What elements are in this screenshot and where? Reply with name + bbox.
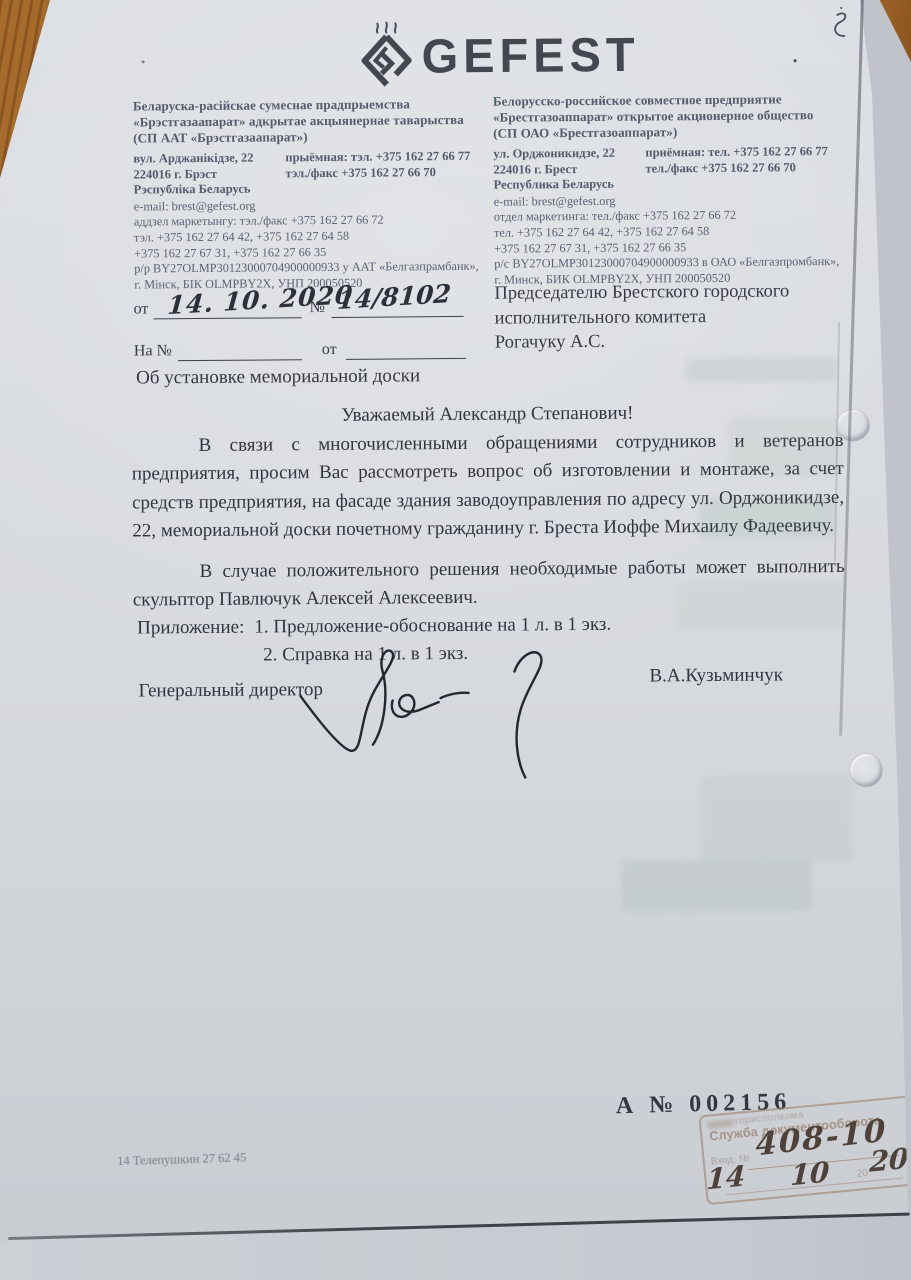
paper-speck [794, 59, 797, 62]
reply-number-line [178, 331, 302, 361]
attachment-line-1: Приложение:1. Предложение-обоснование на… [137, 614, 611, 640]
show-through-mark [701, 775, 852, 862]
stamp-handwritten-day: 14 [706, 1159, 746, 1196]
country: Республика Беларусь [494, 175, 846, 193]
attachment-label: Приложение: [137, 617, 244, 639]
addressee-block: Председателю Брестского городского испол… [494, 279, 789, 355]
bank-account: р/р BY27OLMP30123000704900000933 у ААТ «… [134, 259, 486, 277]
letter-content: GEFEST Беларуска-расійскае сумеснае прад… [0, 0, 911, 1280]
fax-phone: тел./факс +375 162 27 66 70 [645, 160, 796, 177]
show-through-mark [686, 357, 836, 382]
letter-page: GEFEST Беларуска-расійскае сумеснае прад… [0, 0, 911, 1280]
street-address: ул. Орджоникидзе, 22 [493, 145, 645, 162]
stamp-year-prefix: 20 [856, 1168, 868, 1180]
photographed-letter: { "brand": {"name": "GEFEST"}, "header":… [0, 0, 911, 1280]
org-line: (СП ОАО «Брестгазоаппарат») [493, 123, 845, 142]
stamp-handwritten-year: 20 [869, 1142, 909, 1179]
brand-name: GEFEST [421, 26, 639, 84]
signer-name: В.А.Кузьминчук [649, 664, 783, 687]
subject-line: Об установке мемориальной доски [136, 365, 420, 389]
postal-city: 224016 г. Брест [493, 161, 645, 178]
addressee-line: Председателю Брестского городского [494, 279, 789, 306]
show-through-mark [678, 581, 843, 630]
reply-from-label: от [322, 341, 337, 359]
pen-squiggle-mark [811, 5, 857, 51]
date-label: от [133, 300, 148, 318]
hole-punch-mark [850, 754, 882, 787]
addressee-line: исполнительного комитета [495, 304, 790, 331]
reply-label: На № [134, 342, 172, 360]
number-label: № [309, 299, 324, 317]
org-line: «Брестгазоаппарат» открытое акционерное … [493, 107, 845, 126]
stamp-handwritten-month: 10 [790, 1155, 830, 1192]
outgoing-ref-row: от 14. 10. 2020 № 14/8102 [133, 288, 483, 333]
company-header-belarusian: Беларуска-расійскае сумеснае прадпрыемст… [133, 96, 487, 293]
attachment-item: 1. Предложение-обоснование на 1 л. в 1 э… [254, 614, 611, 638]
reception-phone: прыёмная: тэл. +375 162 27 66 77 [285, 149, 470, 166]
reference-block: от 14. 10. 2020 № 14/8102 На № от [133, 288, 484, 375]
signature-scrawl [288, 639, 629, 782]
postal-city: 224016 г. Брэст [133, 166, 285, 183]
street-address: вул. Арджанікідзе, 22 [133, 150, 285, 167]
gefest-diamond-icon [361, 33, 411, 87]
gefest-logo: GEFEST [361, 18, 742, 93]
reception-phone: приёмная: тел. +375 162 27 66 77 [645, 144, 828, 161]
executor-note: 14 Телепушкин 27 62 45 [117, 1150, 246, 1169]
bank-account: р/с BY27OLMP30123000704900000933 в ОАО «… [494, 254, 846, 272]
show-through-mark [622, 859, 812, 912]
org-line: «Брэстгазаапарат» адкрытае акцыянернае т… [133, 112, 485, 131]
company-header-russian: Белорусско-российское совместное предпри… [493, 91, 847, 288]
paper-speck [840, 7, 842, 9]
hole-punch-mark [836, 410, 869, 441]
show-through-mark [699, 497, 834, 538]
paper-speck [142, 60, 145, 63]
registration-stamp: горисполкома Служба документооборота Вхо… [698, 1095, 911, 1205]
country: Рэспубліка Беларусь [134, 180, 486, 198]
addressee-line: Рогачуку А.С. [495, 328, 790, 355]
org-line: (СП ААТ «Брэстгазаапарат») [133, 128, 485, 147]
fax-phone: тэл./факс +375 162 27 66 70 [285, 165, 435, 182]
reply-date-line [346, 330, 466, 360]
show-through-mark [728, 417, 838, 476]
